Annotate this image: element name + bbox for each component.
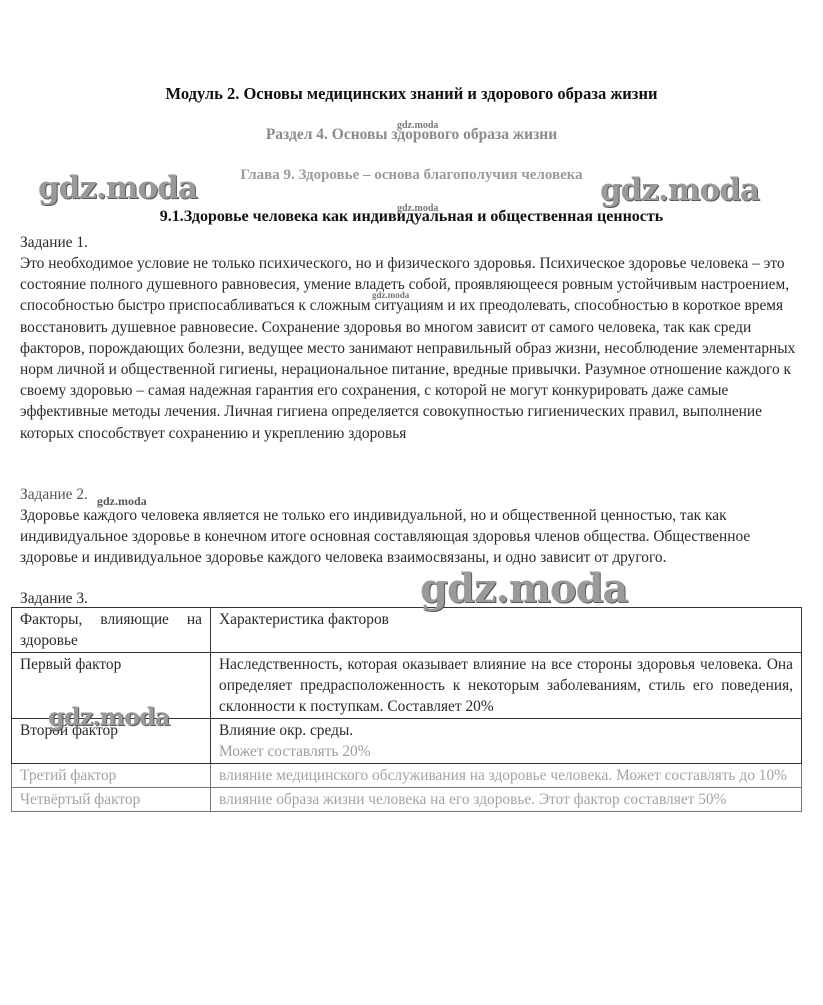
watermark-large: gdz.moda	[38, 170, 197, 206]
module-heading: Модуль 2. Основы медицинских знаний и зд…	[0, 84, 823, 104]
task-1-text: Это необходимое условие не только психич…	[20, 253, 810, 444]
factor-description: влияние образа жизни человека на его здо…	[211, 788, 802, 812]
task-2-answer: Здоровье каждого человека является не то…	[20, 505, 810, 569]
watermark-small: gdz.moda	[97, 494, 147, 509]
watermark-large: gdz.moda	[48, 702, 169, 731]
factor-name: Четвёртый фактор	[12, 788, 211, 812]
factor-description: Влияние окр. среды. Может составлять 20%	[211, 719, 802, 764]
task-1-answer: Это необходимое условие не только психич…	[20, 253, 810, 444]
textbook-page: Модуль 2. Основы медицинских знаний и зд…	[0, 0, 823, 1005]
header-characteristics: Характеристика факторов	[211, 608, 802, 653]
task-2-text: Здоровье каждого человека является не то…	[20, 505, 810, 569]
header-factors: Факторы, влияющие на здоровье	[12, 608, 211, 653]
watermark-small: gdz.moda	[397, 120, 438, 131]
factor-description: влияние медицинского обслуживания на здо…	[211, 764, 802, 788]
table-header-row: Факторы, влияющие на здоровье Характерис…	[12, 608, 802, 653]
table-row: Четвёртый фактор влияние образа жизни че…	[12, 788, 802, 812]
factor-description-line: Может составлять 20%	[219, 741, 793, 762]
watermark-large: gdz.moda	[420, 565, 627, 612]
watermark-large: gdz.moda	[600, 172, 759, 208]
task-1-label: Задание 1.	[20, 232, 810, 253]
watermark-small: gdz.moda	[397, 203, 438, 214]
table-row: Третий фактор влияние медицинского обслу…	[12, 764, 802, 788]
watermark-small: gdz.moda	[372, 290, 409, 300]
factor-name: Третий фактор	[12, 764, 211, 788]
factor-description-line: Влияние окр. среды.	[219, 720, 793, 741]
factor-description: Наследственность, которая оказывает влия…	[211, 653, 802, 719]
